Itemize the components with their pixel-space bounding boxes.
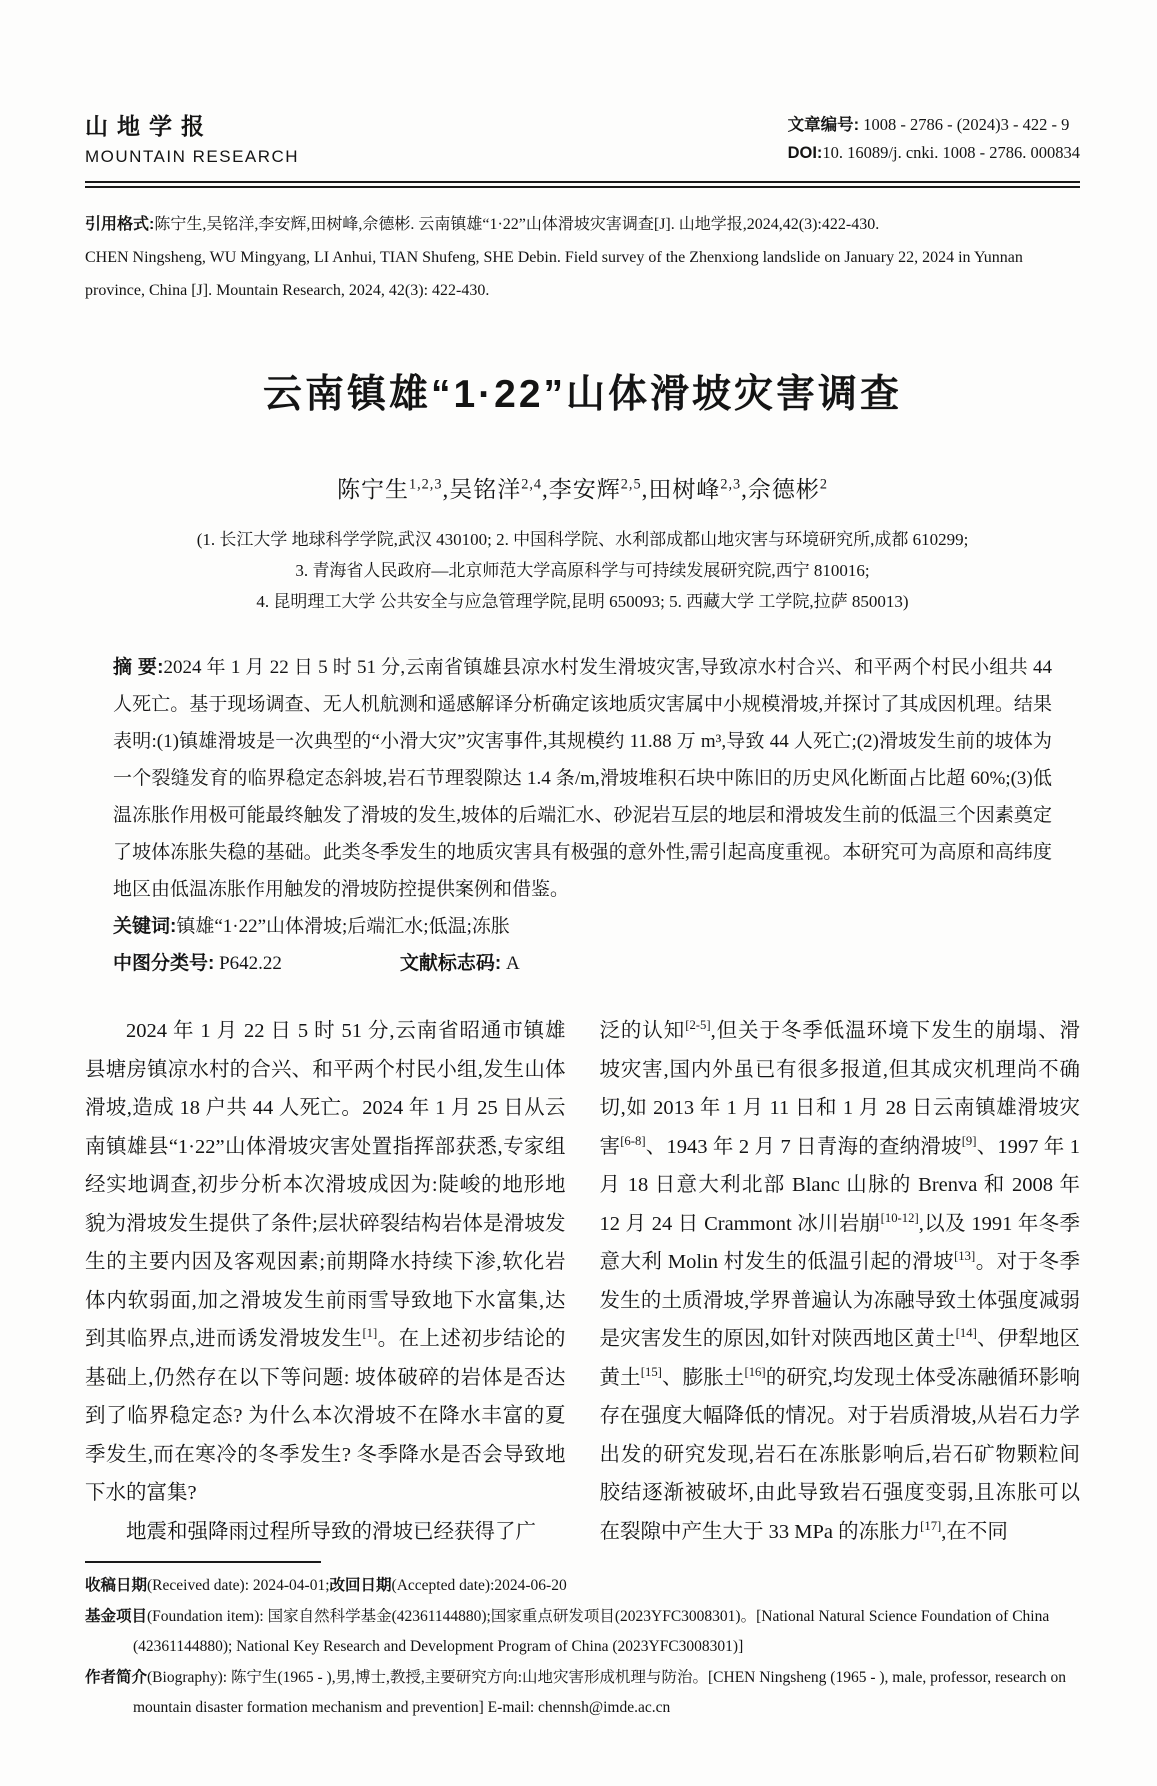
- article-number-label: 文章编号:: [788, 116, 860, 134]
- keywords-text: 镇雄“1·22”山体滑坡;后端汇水;低温;冻胀: [176, 916, 510, 937]
- keywords-line: 关键词:镇雄“1·22”山体滑坡;后端汇水;低温;冻胀: [113, 908, 1052, 945]
- article-identifiers: 文章编号: 1008 - 2786 - (2024)3 - 422 - 9 DO…: [788, 111, 1080, 167]
- journal-title-cn: 山地学报: [85, 108, 299, 141]
- header-divider: [85, 181, 1080, 188]
- biography-label-en: (Biography):: [147, 1669, 227, 1686]
- biography-value: 陈宁生(1965 - ),男,博士,教授,主要研究方向:山地灾害形成机理与防治。…: [133, 1669, 1066, 1717]
- article-number-line: 文章编号: 1008 - 2786 - (2024)3 - 422 - 9: [788, 111, 1080, 139]
- abstract-label: 摘 要:: [113, 657, 164, 678]
- article-number-value: 1008 - 2786 - (2024)3 - 422 - 9: [863, 115, 1069, 134]
- doc-code-group: 文献标志码: A: [400, 945, 520, 982]
- authors-line: 陈宁生1,2,3,吴铭洋2,4,李安辉2,5,田树峰2,3,佘德彬2: [85, 471, 1080, 504]
- citation-cn: 引用格式:陈宁生,吴铭洋,李安辉,田树峰,佘德彬. 云南镇雄“1·22”山体滑坡…: [85, 208, 1080, 241]
- abstract-paragraph: 摘 要:2024 年 1 月 22 日 5 时 51 分,云南省镇雄县凉水村发生…: [113, 649, 1052, 908]
- doi-line: DOI:10. 16089/j. cnki. 1008 - 2786. 0008…: [788, 139, 1080, 167]
- accepted-label-en: (Accepted date):: [392, 1577, 495, 1594]
- foundation-label: 基金项目: [85, 1608, 147, 1625]
- body-paragraph: 地震和强降雨过程所导致的滑坡已经获得了广: [85, 1513, 566, 1552]
- foundation-line: 基金项目(Foundation item): 国家自然科学基金(42361144…: [85, 1602, 1080, 1663]
- author: 李安辉2,5: [549, 477, 642, 502]
- classification-line: 中图分类号: P642.22文献标志码: A: [113, 945, 1052, 982]
- doi-label: DOI:: [788, 144, 823, 162]
- body-paragraph: 泛的认知[2-5],但关于冬季低温环境下发生的崩塌、滑坡灾害,国内外虽已有很多报…: [600, 1012, 1081, 1551]
- foundation-label-en: (Foundation item):: [147, 1608, 264, 1625]
- article-title: 云南镇雄“1·22”山体滑坡灾害调查: [85, 363, 1080, 419]
- received-label-en: (Received date):: [147, 1577, 249, 1594]
- doc-code-value: A: [506, 953, 520, 974]
- footer-notes: 收稿日期(Received date): 2024-04-01;改回日期(Acc…: [85, 1571, 1080, 1724]
- citation-en: CHEN Ningsheng, WU Mingyang, LI Anhui, T…: [85, 241, 1080, 307]
- author-separator: ,: [741, 477, 748, 502]
- biography-line: 作者简介(Biography): 陈宁生(1965 - ),男,博士,教授,主要…: [85, 1663, 1080, 1724]
- affiliation-line: 3. 青海省人民政府—北京师范大学高原科学与可持续发展研究院,西宁 810016…: [85, 555, 1080, 586]
- journal-page: 山地学报 MOUNTAIN RESEARCH 文章编号: 1008 - 2786…: [0, 0, 1157, 1786]
- received-label: 收稿日期: [85, 1577, 147, 1594]
- clc-label: 中图分类号:: [113, 953, 214, 974]
- received-value: 2024-04-01;: [249, 1577, 330, 1594]
- author: 田树峰2,3: [648, 477, 741, 502]
- author: 佘德彬2: [748, 477, 828, 502]
- affiliations: (1. 长江大学 地球科学学院,武汉 430100; 2. 中国科学院、水利部成…: [85, 524, 1080, 617]
- author: 陈宁生1,2,3: [337, 477, 443, 502]
- footnote-divider: [85, 1561, 321, 1563]
- foundation-value: 国家自然科学基金(42361144880);国家重点研发项目(2023YFC30…: [133, 1608, 1049, 1656]
- received-date-line: 收稿日期(Received date): 2024-04-01;改回日期(Acc…: [85, 1571, 1080, 1602]
- citation-block: 引用格式:陈宁生,吴铭洋,李安辉,田树峰,佘德彬. 云南镇雄“1·22”山体滑坡…: [85, 208, 1080, 307]
- affiliation-line: (1. 长江大学 地球科学学院,武汉 430100; 2. 中国科学院、水利部成…: [85, 524, 1080, 555]
- doi-value: 10. 16089/j. cnki. 1008 - 2786. 000834: [822, 143, 1080, 162]
- author: 吴铭洋2,4: [449, 477, 542, 502]
- abstract-text: 2024 年 1 月 22 日 5 时 51 分,云南省镇雄县凉水村发生滑坡灾害…: [113, 657, 1052, 900]
- accepted-value: 2024-06-20: [494, 1577, 566, 1594]
- right-column: 泛的认知[2-5],但关于冬季低温环境下发生的崩塌、滑坡灾害,国内外虽已有很多报…: [600, 1012, 1081, 1551]
- citation-label: 引用格式:: [85, 216, 154, 233]
- biography-label: 作者简介: [85, 1669, 147, 1686]
- journal-identity: 山地学报 MOUNTAIN RESEARCH: [85, 108, 299, 167]
- journal-title-en: MOUNTAIN RESEARCH: [85, 147, 299, 167]
- clc-value: P642.22: [219, 953, 282, 974]
- left-column: 2024 年 1 月 22 日 5 时 51 分,云南省昭通市镇雄县塘房镇凉水村…: [85, 1012, 566, 1551]
- accepted-label: 改回日期: [330, 1577, 392, 1594]
- affiliation-line: 4. 昆明理工大学 公共安全与应急管理学院,昆明 650093; 5. 西藏大学…: [85, 586, 1080, 617]
- body-columns: 2024 年 1 月 22 日 5 时 51 分,云南省昭通市镇雄县塘房镇凉水村…: [85, 1012, 1080, 1551]
- keywords-label: 关键词:: [113, 916, 176, 937]
- author-separator: ,: [542, 477, 549, 502]
- citation-cn-text: 陈宁生,吴铭洋,李安辉,田树峰,佘德彬. 云南镇雄“1·22”山体滑坡灾害调查[…: [154, 216, 879, 233]
- doc-code-label: 文献标志码:: [400, 953, 501, 974]
- abstract-block: 摘 要:2024 年 1 月 22 日 5 时 51 分,云南省镇雄县凉水村发生…: [113, 649, 1052, 982]
- masthead: 山地学报 MOUNTAIN RESEARCH 文章编号: 1008 - 2786…: [85, 108, 1080, 167]
- body-paragraph: 2024 年 1 月 22 日 5 时 51 分,云南省昭通市镇雄县塘房镇凉水村…: [85, 1012, 566, 1513]
